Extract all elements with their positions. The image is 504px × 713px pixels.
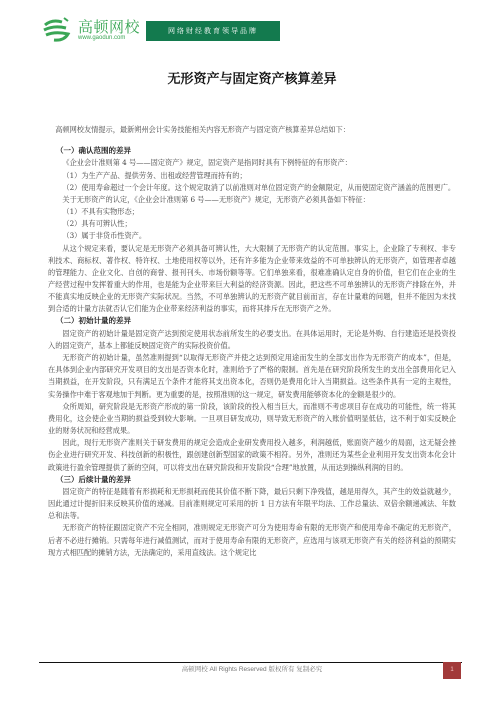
paragraph: 从这个规定来看，要认定是无形资产必须具备可辨认性，大大限制了无形资产的认定范围。… — [48, 243, 456, 316]
section-heading: （一）确认范围的差异 — [48, 145, 456, 157]
logo-url: www.gaodun.com — [78, 35, 125, 41]
intro-paragraph: 高顿网校友情提示，最新朔州会计实务技能相关内容无形资产与固定资产核算差异总结如下… — [48, 124, 456, 136]
paragraph: 固定资产的初始计量是固定资产达到预定使用状态前所发生的必要支出。在具体运用时，无… — [48, 328, 456, 352]
document-title: 无形资产与固定资产核算差异 — [0, 68, 504, 87]
paragraph: 关于无形资产的认定，《企业会计准则第 6 号——无形资产》规定，无形资产必须具备… — [48, 194, 456, 206]
footer-copyright: 高顿网校 All Rights Reserved 版权所有 复制必究 — [0, 664, 504, 673]
logo-name: 高顿网校 — [78, 16, 140, 37]
section-heading: （二）初始计量的差异 — [48, 315, 456, 327]
section-heading: （三）后续计量的差异 — [48, 474, 456, 486]
paragraph: 无形资产的特征跟固定资产不完全相同，准则规定无形资产可分为使用寿命有限的无形资产… — [48, 522, 456, 558]
paragraph: （2）具有可辨认性； — [48, 218, 456, 230]
paragraph: 众所周知，研究阶段是无形资产形成的第一阶段，该阶段的投入相当巨大，而准则不考虑项… — [48, 401, 456, 437]
logo-swirl-icon — [42, 15, 72, 43]
paragraph: （3）属于非货币性资产。 — [48, 230, 456, 242]
slogan-banner: 网络财经教育领导品牌 — [146, 21, 280, 41]
paragraph: 《企业会计准则第 4 号——固定资产》规定，固定资产是指同时具有下例特征的有形资… — [48, 157, 456, 169]
paragraph: 因此，现行无形资产准则关于研发费用的规定会造成企业研发费用投入越多，利润越低，账… — [48, 437, 456, 473]
paragraph: 固定资产的特征是随着有形损耗和无形损耗而使其价值不断下降，最后只剩下净残值，越是… — [48, 486, 456, 522]
logo: 高顿网校 www.gaodun.com — [40, 12, 140, 46]
document-body: 高顿网校友情提示，最新朔州会计实务技能相关内容无形资产与固定资产核算差异总结如下… — [48, 124, 456, 559]
paragraph: （2）使用寿命超过一个会计年度。这个规定取消了以前准则对单位固定资产的金额限定，… — [48, 182, 456, 194]
page-number-badge: 1 — [443, 662, 461, 679]
footer-divider — [39, 662, 462, 663]
paragraph: （1）不具有实物形态； — [48, 206, 456, 218]
paragraph: （1）为生产产品、提供劳务、出租或经营管理而持有的； — [48, 170, 456, 182]
page-header: 高顿网校 www.gaodun.com 网络财经教育领导品牌 — [40, 12, 480, 46]
paragraph: 无形资产的初始计量，虽然准则提到“以取得无形资产并使之达到预定用途而发生的全部支… — [48, 352, 456, 401]
